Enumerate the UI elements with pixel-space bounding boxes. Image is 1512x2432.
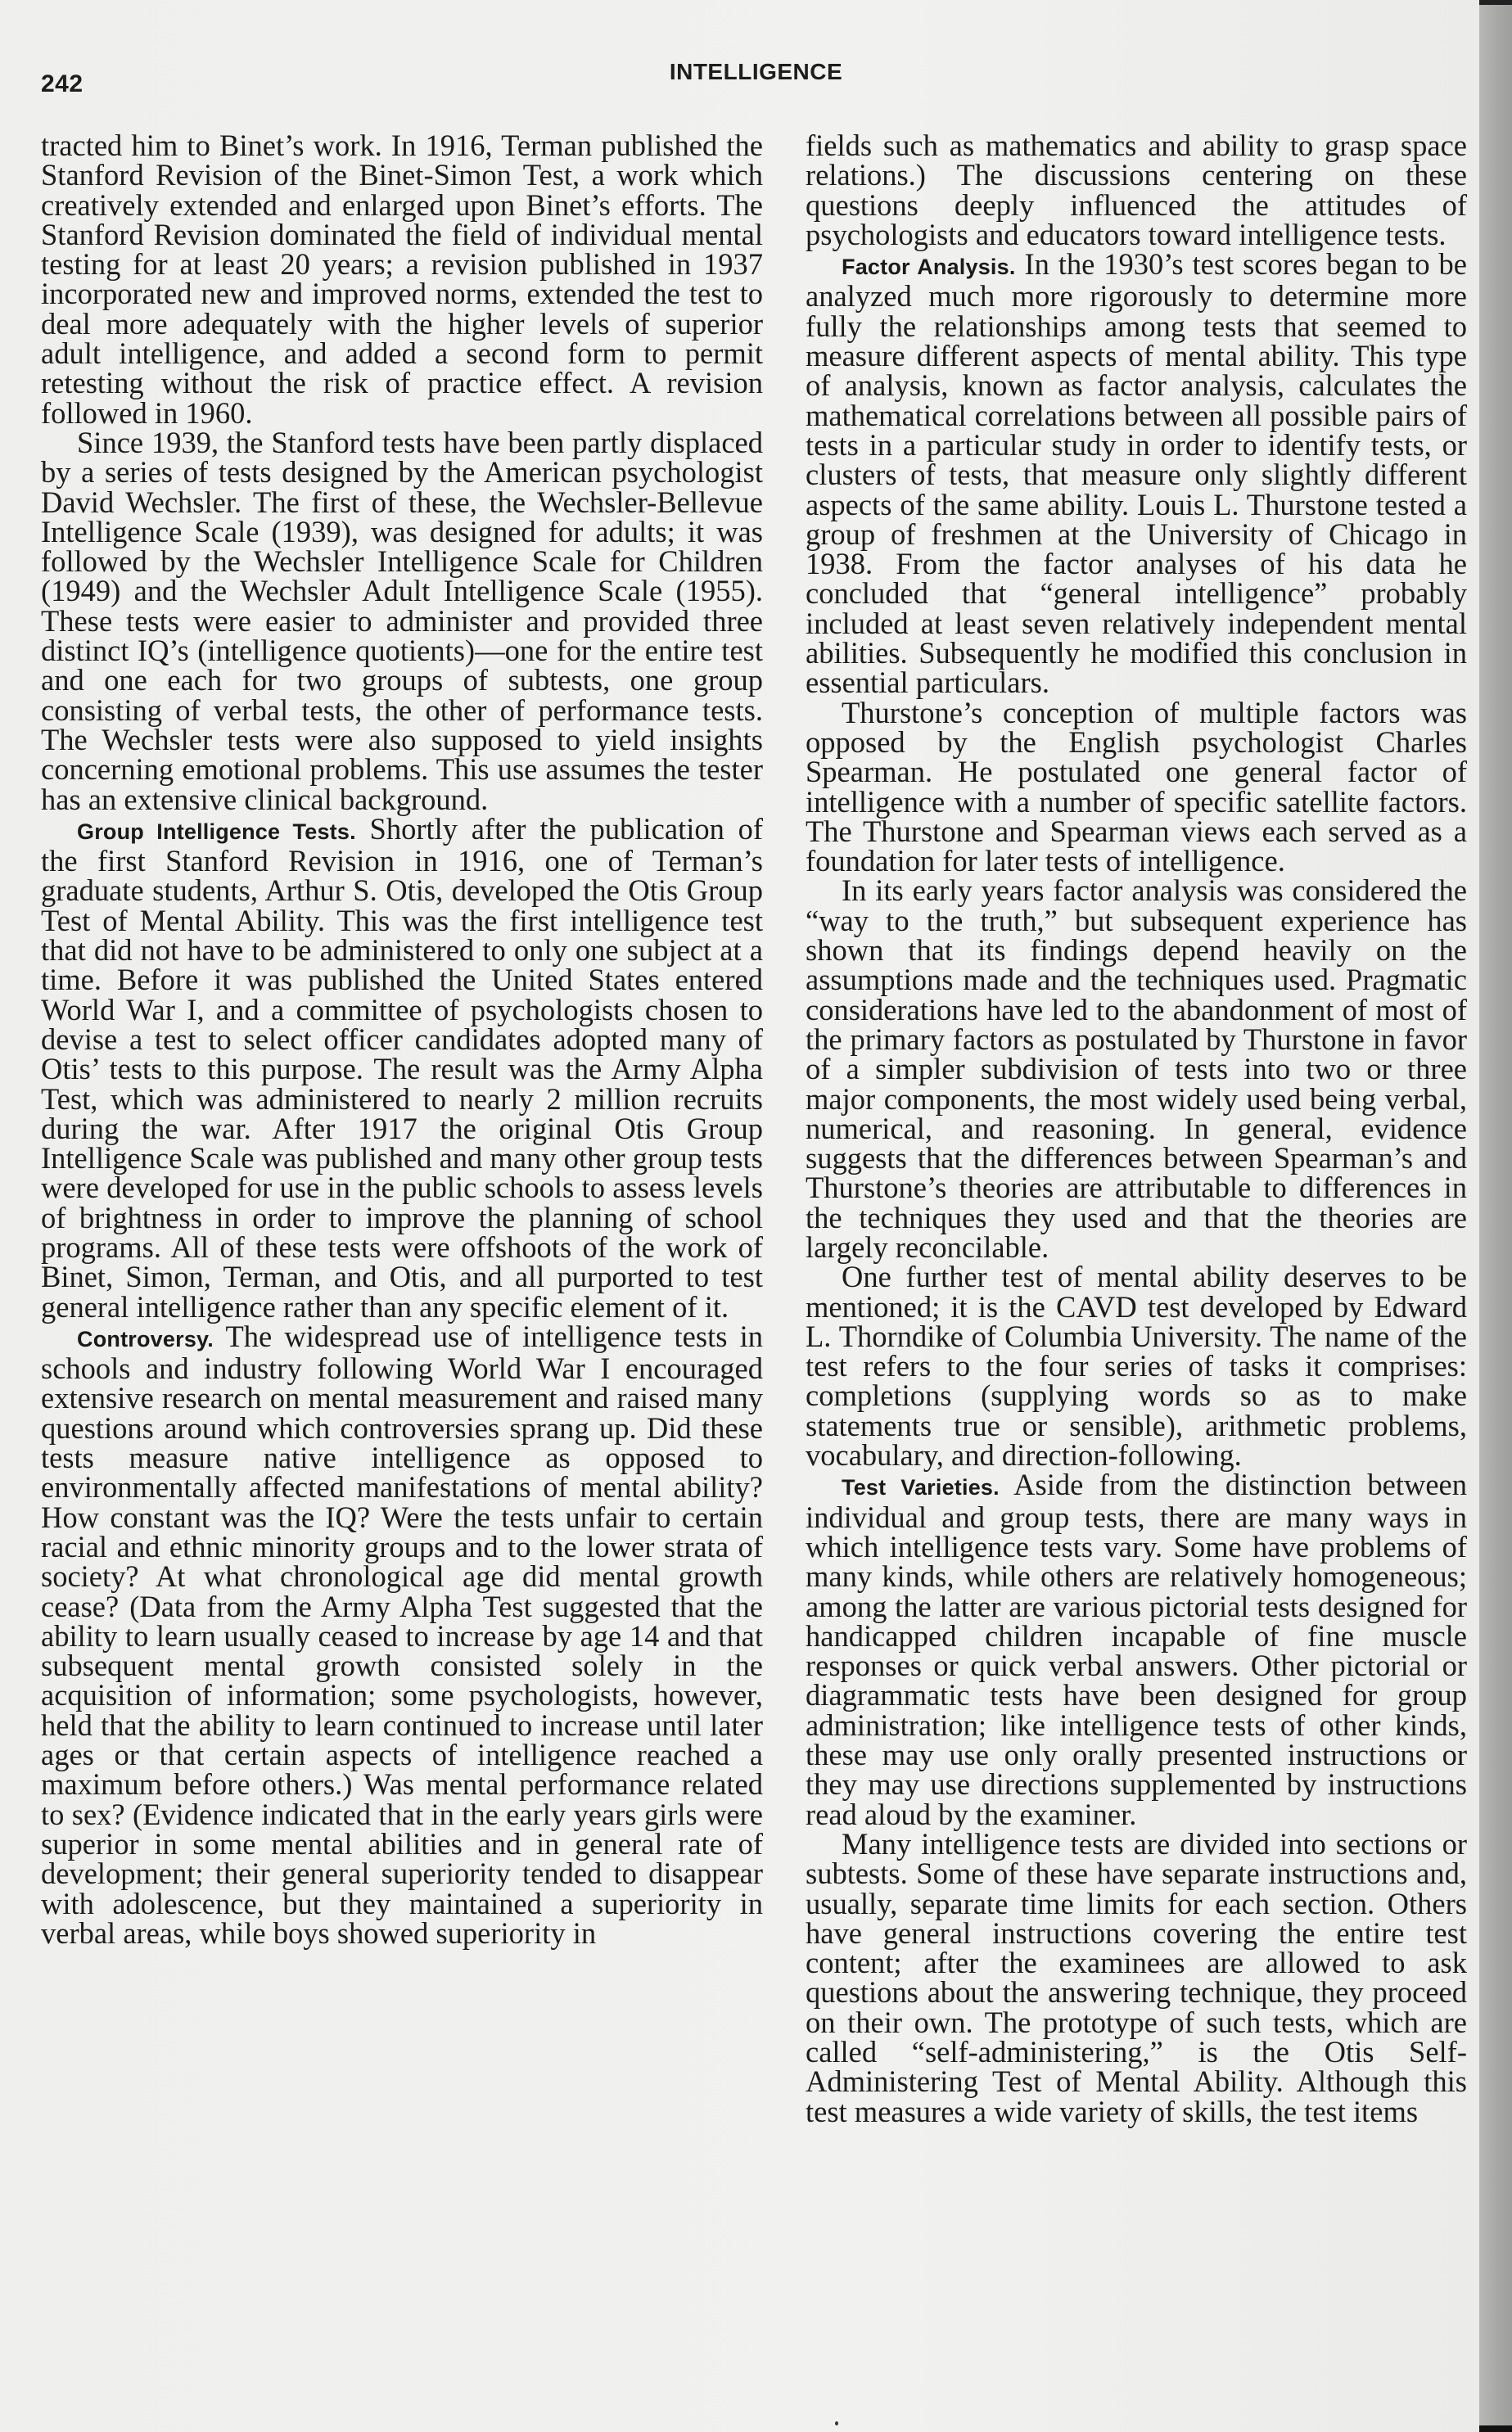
paragraph-subtests: Many intelligence tests are divided into… (806, 1830, 1467, 2127)
running-head-title: INTELLIGENCE (0, 59, 1512, 85)
book-page: 242 INTELLIGENCE tracted him to Binet’s … (0, 0, 1479, 2432)
binding-shadow-top (1479, 0, 1512, 5)
section-test-varieties: Test Varieties. Aside from the distincti… (806, 1470, 1467, 1830)
left-column: tracted him to Binet’s work. In 1916, Te… (41, 131, 763, 1948)
section-group-intelligence-tests: Group Intelligence Tests. Shortly after … (41, 814, 763, 1322)
section-factor-analysis: Factor Analysis. In the 1930’s test scor… (806, 250, 1467, 697)
paragraph-stanford-revision: tracted him to Binet’s work. In 1916, Te… (41, 131, 763, 428)
section-heading-group-intelligence-tests: Group Intelligence Tests. (77, 819, 356, 844)
section-heading-test-varieties: Test Varieties. (842, 1475, 1000, 1500)
paragraph-early-years: In its early years factor analysis was c… (806, 876, 1467, 1262)
section-controversy: Controversy. The widespread use of intel… (41, 1322, 763, 1948)
section-heading-controversy: Controversy. (77, 1327, 214, 1351)
page-binding-edge (1479, 0, 1512, 2432)
paragraph-test-varieties-body: Aside from the distinction between indiv… (806, 1468, 1467, 1830)
section-heading-factor-analysis: Factor Analysis. (842, 255, 1016, 279)
binding-shadow-bottom (1479, 2425, 1512, 2432)
paragraph-factor-analysis-body: In the 1930’s test scores began to be an… (806, 247, 1467, 699)
print-speck (835, 2421, 838, 2425)
right-column: fields such as mathematics and ability t… (806, 131, 1467, 2127)
paragraph-continuation: fields such as mathematics and ability t… (806, 131, 1467, 250)
paragraph-thurstone-spearman: Thurstone’s conception of multiple facto… (806, 698, 1467, 877)
paragraph-cavd-test: One further test of mental ability deser… (806, 1262, 1467, 1470)
paragraph-wechsler: Since 1939, the Stanford tests have been… (41, 428, 763, 814)
paragraph-group-tests-body: Shortly after the publication of the fir… (41, 812, 763, 1324)
paragraph-controversy-body: The widespread use of intelligence tests… (41, 1320, 763, 1950)
